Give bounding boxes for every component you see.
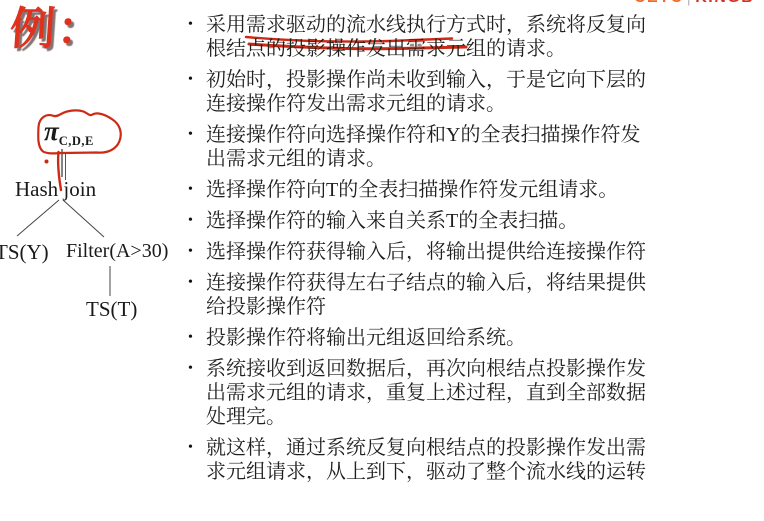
bullet-item: • 初始时，投影操作尚未收到输入，于是它向下层的 连接操作符发出需求元组的请求。	[182, 68, 717, 116]
bullet-text: 选择操作符向T的全表扫描操作符发元组请求。	[206, 178, 717, 202]
bullet-text: 选择操作符的输入来自关系T的全表扫描。	[206, 209, 717, 233]
bullet-text: 就这样，通过系统反复向根结点的投影操作发出需 求元组请求，从上到下，驱动了整个流…	[206, 436, 717, 484]
red-dot-annotation	[45, 160, 49, 164]
tree-edge-join-filter	[63, 200, 104, 237]
bullet-dot: •	[188, 178, 193, 202]
bullet-item: • 连接操作符获得左右子结点的输入后，将结果提供 给投影操作符	[182, 271, 717, 319]
bullet-item: • 选择操作符获得输入后，将输出提供给连接操作符	[182, 240, 717, 264]
bullet-text: 采用需求驱动的流水线执行方式时，系统将反复向 根结点的投影操作发出需求元组的请求…	[206, 13, 717, 61]
logo-text: CETC|KINGB	[634, 0, 764, 7]
bullet-item: • 采用需求驱动的流水线执行方式时，系统将反复向 根结点的投影操作发出需求元组的…	[182, 13, 717, 61]
bullet-text: 初始时，投影操作尚未收到输入，于是它向下层的 连接操作符发出需求元组的请求。	[206, 68, 717, 116]
bullet-text: 系统接收到返回数据后，再次向根结点投影操作发 出需求元组的请求，重复上述过程，直…	[206, 357, 717, 429]
bullet-item: • 就这样，通过系统反复向根结点的投影操作发出需 求元组请求，从上到下，驱动了整…	[182, 436, 717, 484]
node-hash-join: Hash join	[15, 177, 96, 202]
bullet-dot: •	[188, 68, 193, 92]
bullet-dot: •	[188, 240, 193, 264]
bullet-dot: •	[188, 271, 193, 295]
bullet-text: 连接操作符获得左右子结点的输入后，将结果提供 给投影操作符	[206, 271, 717, 319]
node-ts-t: TS(T)	[86, 297, 137, 322]
bullet-dot: •	[188, 357, 193, 381]
logo: CETC|KINGB	[634, 0, 764, 8]
node-ts-y: TS(Y)	[0, 240, 49, 265]
bullet-dot: •	[188, 436, 193, 460]
bullet-item: • 系统接收到返回数据后，再次向根结点投影操作发 出需求元组的请求，重复上述过程…	[182, 357, 717, 429]
pi-symbol: π	[44, 116, 59, 146]
bullet-dot: •	[188, 326, 193, 350]
bullet-text: 连接操作符向选择操作符和Y的全表扫描操作符发 出需求元组的请求。	[206, 123, 717, 171]
bullet-text: 选择操作符获得输入后，将输出提供给连接操作符	[206, 240, 717, 264]
page-title: 例：	[8, 0, 106, 58]
logo-kingbase-text: KINGB	[695, 0, 754, 6]
tree-edge-join-tsy	[17, 200, 59, 236]
logo-cetc-text: CETC	[634, 0, 684, 6]
bullet-dot: •	[188, 13, 193, 37]
bullet-text: 投影操作符将输出元组返回给系统。	[206, 326, 717, 350]
slide: 例： CETC|KINGB πC,D,E Hash join TS(Y) Fil…	[0, 0, 764, 521]
bullet-dot: •	[188, 123, 193, 147]
bullet-item: • 连接操作符向选择操作符和Y的全表扫描操作符发 出需求元组的请求。	[182, 123, 717, 171]
bullet-dot: •	[188, 209, 193, 233]
bullet-item: • 选择操作符的输入来自关系T的全表扫描。	[182, 209, 717, 233]
bullet-item: • 投影操作符将输出元组返回给系统。	[182, 326, 717, 350]
bullet-list: • 采用需求驱动的流水线执行方式时，系统将反复向 根结点的投影操作发出需求元组的…	[182, 13, 717, 491]
node-projection: πC,D,E	[44, 116, 94, 149]
bullet-item: • 选择操作符向T的全表扫描操作符发元组请求。	[182, 178, 717, 202]
node-filter: Filter(A>30)	[66, 240, 168, 263]
logo-divider: |	[684, 0, 696, 6]
pi-subscript: C,D,E	[59, 134, 94, 148]
